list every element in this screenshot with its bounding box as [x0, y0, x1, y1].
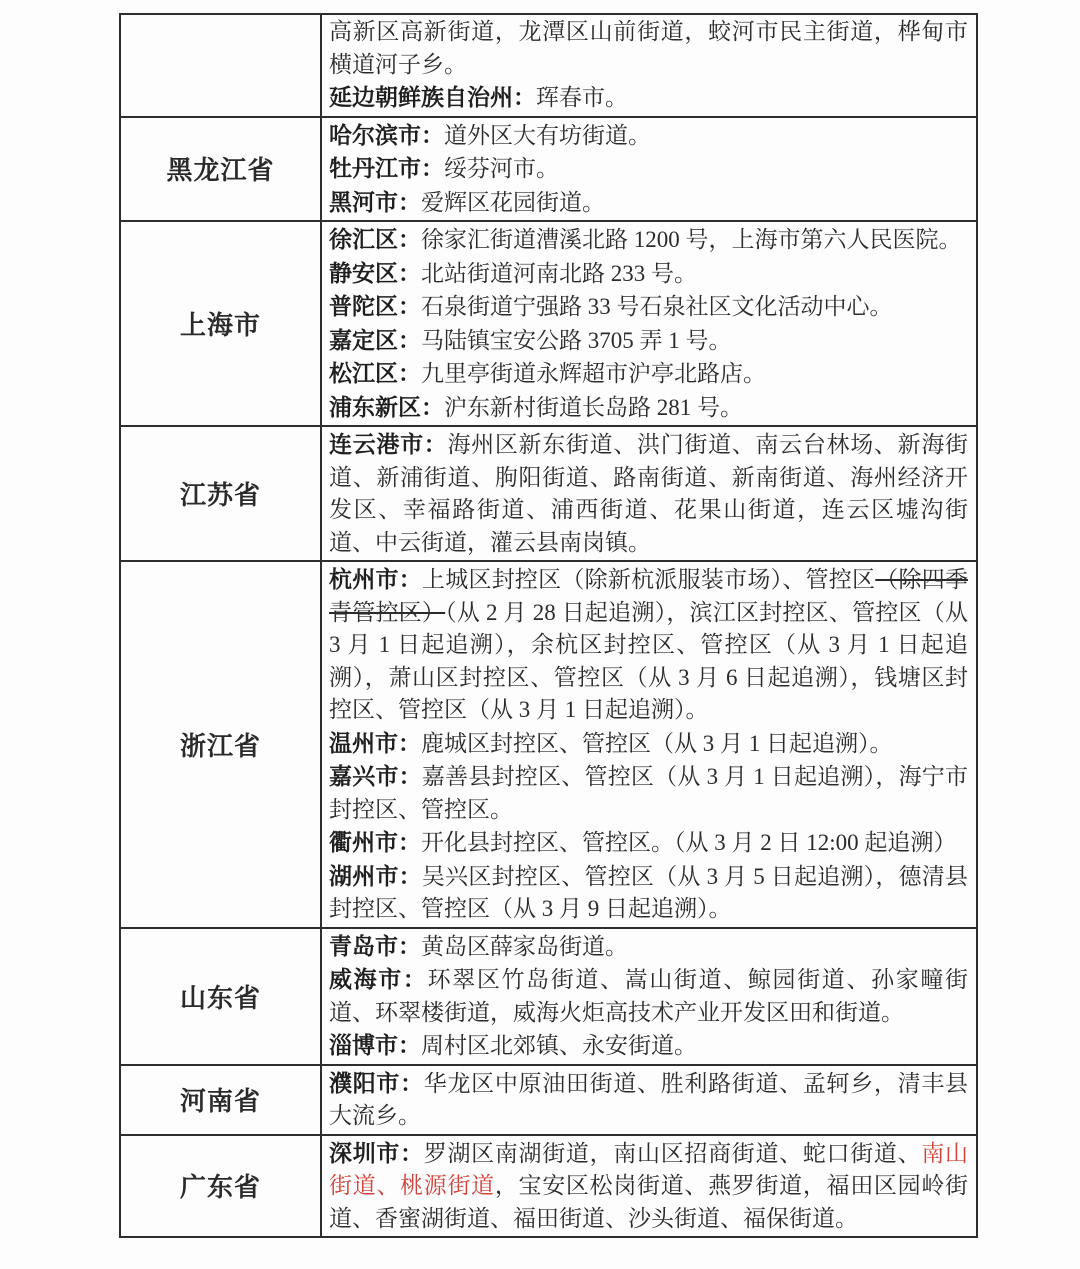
text-segment-normal: 吴兴区封控区、管控区（从 3 月 5 日起追溯），德清县封控区、管控区（从 3 …	[329, 864, 968, 922]
entry-line: 哈尔滨市：道外区大有坊街道。	[329, 119, 968, 153]
entry-line: 牡丹江市：绥芬河市。	[329, 152, 968, 186]
text-segment-normal: 周村区北郊镇、永安街道。	[421, 1033, 697, 1058]
table-row: 浙江省杭州市：上城区封控区（除新杭派服装市场）、管控区（除四季青管控区）（从 2…	[120, 561, 977, 928]
text-segment-bold: 普陀区：	[329, 293, 421, 319]
text-segment-bold: 濮阳市：	[329, 1070, 424, 1096]
details-cell: 青岛市：黄岛区薛家岛街道。威海市：环翠区竹岛街道、嵩山街道、鲸园街道、孙家疃街道…	[321, 928, 977, 1065]
text-segment-normal: 马陆镇宝安公路 3705 弄 1 号。	[421, 328, 732, 353]
text-segment-bold: 浦东新区：	[329, 394, 444, 420]
entry-line: 徐汇区：徐家汇街道漕溪北路 1200 号，上海市第六人民医院。	[329, 223, 968, 257]
text-segment-normal: 爱辉区花园街道。	[421, 190, 605, 215]
details-cell: 深圳市：罗湖区南湖街道，南山区招商街道、蛇口街道、南山街道、桃源街道，宝安区松岗…	[321, 1135, 977, 1238]
entry-line: 杭州市：上城区封控区（除新杭派服装市场）、管控区（除四季青管控区）（从 2 月 …	[329, 563, 968, 727]
document-page: 高新区高新街道，龙潭区山前街道，蛟河市民主街道，桦甸市横道河子乡。延边朝鲜族自治…	[0, 0, 1080, 1269]
text-segment-bold: 徐汇区：	[329, 226, 421, 252]
entry-line: 静安区：北站街道河南北路 233 号。	[329, 257, 968, 291]
text-segment-bold: 松江区：	[329, 360, 421, 386]
entry-line: 高新区高新街道，龙潭区山前街道，蛟河市民主街道，桦甸市横道河子乡。	[329, 16, 968, 81]
text-segment-bold: 连云港市：	[329, 431, 447, 457]
table-row: 高新区高新街道，龙潭区山前街道，蛟河市民主街道，桦甸市横道河子乡。延边朝鲜族自治…	[120, 14, 977, 117]
province-cell: 河南省	[120, 1065, 321, 1135]
details-cell: 徐汇区：徐家汇街道漕溪北路 1200 号，上海市第六人民医院。静安区：北站街道河…	[321, 221, 977, 426]
text-segment-bold: 嘉定区：	[329, 327, 421, 353]
entry-line: 浦东新区：沪东新村街道长岛路 281 号。	[329, 391, 968, 425]
entry-line: 松江区：九里亭街道永辉超市沪亭北路店。	[329, 357, 968, 391]
entry-line: 嘉定区：马陆镇宝安公路 3705 弄 1 号。	[329, 324, 968, 358]
province-cell	[120, 14, 321, 117]
risk-area-table: 高新区高新街道，龙潭区山前街道，蛟河市民主街道，桦甸市横道河子乡。延边朝鲜族自治…	[119, 13, 978, 1238]
details-cell: 高新区高新街道，龙潭区山前街道，蛟河市民主街道，桦甸市横道河子乡。延边朝鲜族自治…	[321, 14, 977, 117]
text-segment-bold: 延边朝鲜族自治州：	[329, 84, 536, 110]
text-segment-normal: 九里亭街道永辉超市沪亭北路店。	[421, 361, 766, 386]
entry-line: 延边朝鲜族自治州：珲春市。	[329, 81, 968, 115]
text-segment-bold: 温州市：	[329, 730, 421, 756]
text-segment-bold: 嘉兴市：	[329, 763, 422, 789]
details-cell: 连云港市：海州区新东街道、洪门街道、南云台林场、新海街道、新浦街道、朐阳街道、路…	[321, 426, 977, 561]
province-cell: 山东省	[120, 928, 321, 1065]
text-segment-bold: 淄博市：	[329, 1032, 421, 1058]
text-segment-normal: 珲春市。	[536, 85, 628, 110]
text-segment-bold: 哈尔滨市：	[329, 122, 444, 148]
text-segment-normal: 罗湖区南湖街道，南山区招商街道、蛇口街道、	[424, 1141, 922, 1166]
table-row: 上海市徐汇区：徐家汇街道漕溪北路 1200 号，上海市第六人民医院。静安区：北站…	[120, 221, 977, 426]
entry-line: 普陀区：石泉街道宁强路 33 号石泉社区文化活动中心。	[329, 290, 968, 324]
text-segment-normal: 华龙区中原油田街道、胜利路街道、孟轲乡，清丰县大流乡。	[329, 1071, 968, 1129]
province-cell: 上海市	[120, 221, 321, 426]
entry-line: 黑河市：爱辉区花园街道。	[329, 186, 968, 220]
province-cell: 江苏省	[120, 426, 321, 561]
province-cell: 黑龙江省	[120, 117, 321, 222]
text-segment-normal: 嘉善县封控区、管控区（从 3 月 1 日起追溯），海宁市封控区、管控区。	[329, 764, 968, 822]
entry-line: 威海市：环翠区竹岛街道、嵩山街道、鲸园街道、孙家疃街道、环翠楼街道，威海火炬高技…	[329, 963, 968, 1029]
text-segment-normal: 上城区封控区（除新杭派服装市场）、管控区	[422, 567, 875, 592]
details-cell: 哈尔滨市：道外区大有坊街道。牡丹江市：绥芬河市。黑河市：爱辉区花园街道。	[321, 117, 977, 222]
text-segment-normal: 开化县封控区、管控区。（从 3 月 2 日 12:00 起追溯）	[421, 830, 956, 855]
text-segment-bold: 杭州市：	[329, 566, 422, 592]
details-cell: 杭州市：上城区封控区（除新杭派服装市场）、管控区（除四季青管控区）（从 2 月 …	[321, 561, 977, 928]
text-segment-normal: 石泉街道宁强路 33 号石泉社区文化活动中心。	[421, 294, 893, 319]
text-segment-normal: 沪东新村街道长岛路 281 号。	[444, 395, 743, 420]
entry-line: 深圳市：罗湖区南湖街道，南山区招商街道、蛇口街道、南山街道、桃源街道，宝安区松岗…	[329, 1137, 968, 1236]
province-cell: 广东省	[120, 1135, 321, 1238]
text-segment-bold: 牡丹江市：	[329, 155, 444, 181]
details-cell: 濮阳市：华龙区中原油田街道、胜利路街道、孟轲乡，清丰县大流乡。	[321, 1065, 977, 1135]
province-cell: 浙江省	[120, 561, 321, 928]
entry-line: 温州市：鹿城区封控区、管控区（从 3 月 1 日起追溯）。	[329, 727, 968, 761]
text-segment-normal: 徐家汇街道漕溪北路 1200 号，上海市第六人民医院。	[421, 227, 962, 252]
entry-line: 衢州市：开化县封控区、管控区。（从 3 月 2 日 12:00 起追溯）	[329, 826, 968, 860]
text-segment-bold: 湖州市：	[329, 863, 422, 889]
text-segment-normal: 绥芬河市。	[444, 156, 559, 181]
entry-line: 濮阳市：华龙区中原油田街道、胜利路街道、孟轲乡，清丰县大流乡。	[329, 1067, 968, 1133]
entry-line: 湖州市：吴兴区封控区、管控区（从 3 月 5 日起追溯），德清县封控区、管控区（…	[329, 860, 968, 926]
text-segment-bold: 青岛市：	[329, 933, 421, 959]
table-row: 黑龙江省哈尔滨市：道外区大有坊街道。牡丹江市：绥芬河市。黑河市：爱辉区花园街道。	[120, 117, 977, 222]
table-row: 江苏省连云港市：海州区新东街道、洪门街道、南云台林场、新海街道、新浦街道、朐阳街…	[120, 426, 977, 561]
text-segment-normal: 道外区大有坊街道。	[444, 123, 651, 148]
text-segment-normal: 鹿城区封控区、管控区（从 3 月 1 日起追溯）。	[421, 731, 893, 756]
table-row: 山东省青岛市：黄岛区薛家岛街道。威海市：环翠区竹岛街道、嵩山街道、鲸园街道、孙家…	[120, 928, 977, 1065]
entry-line: 嘉兴市：嘉善县封控区、管控区（从 3 月 1 日起追溯），海宁市封控区、管控区。	[329, 760, 968, 826]
text-segment-bold: 衢州市：	[329, 829, 421, 855]
risk-area-table-body: 高新区高新街道，龙潭区山前街道，蛟河市民主街道，桦甸市横道河子乡。延边朝鲜族自治…	[120, 14, 977, 1237]
table-row: 河南省濮阳市：华龙区中原油田街道、胜利路街道、孟轲乡，清丰县大流乡。	[120, 1065, 977, 1135]
text-segment-normal: 高新区高新街道，龙潭区山前街道，蛟河市民主街道，桦甸市横道河子乡。	[329, 19, 968, 77]
text-segment-bold: 黑河市：	[329, 189, 421, 215]
entry-line: 青岛市：黄岛区薛家岛街道。	[329, 930, 968, 964]
text-segment-bold: 静安区：	[329, 260, 421, 286]
text-segment-normal: 黄岛区薛家岛街道。	[421, 934, 628, 959]
text-segment-bold: 威海市：	[329, 966, 428, 992]
table-row: 广东省深圳市：罗湖区南湖街道，南山区招商街道、蛇口街道、南山街道、桃源街道，宝安…	[120, 1135, 977, 1238]
entry-line: 连云港市：海州区新东街道、洪门街道、南云台林场、新海街道、新浦街道、朐阳街道、路…	[329, 428, 968, 559]
entry-line: 淄博市：周村区北郊镇、永安街道。	[329, 1029, 968, 1063]
text-segment-normal: 北站街道河南北路 233 号。	[421, 261, 697, 286]
text-segment-bold: 深圳市：	[329, 1140, 424, 1166]
